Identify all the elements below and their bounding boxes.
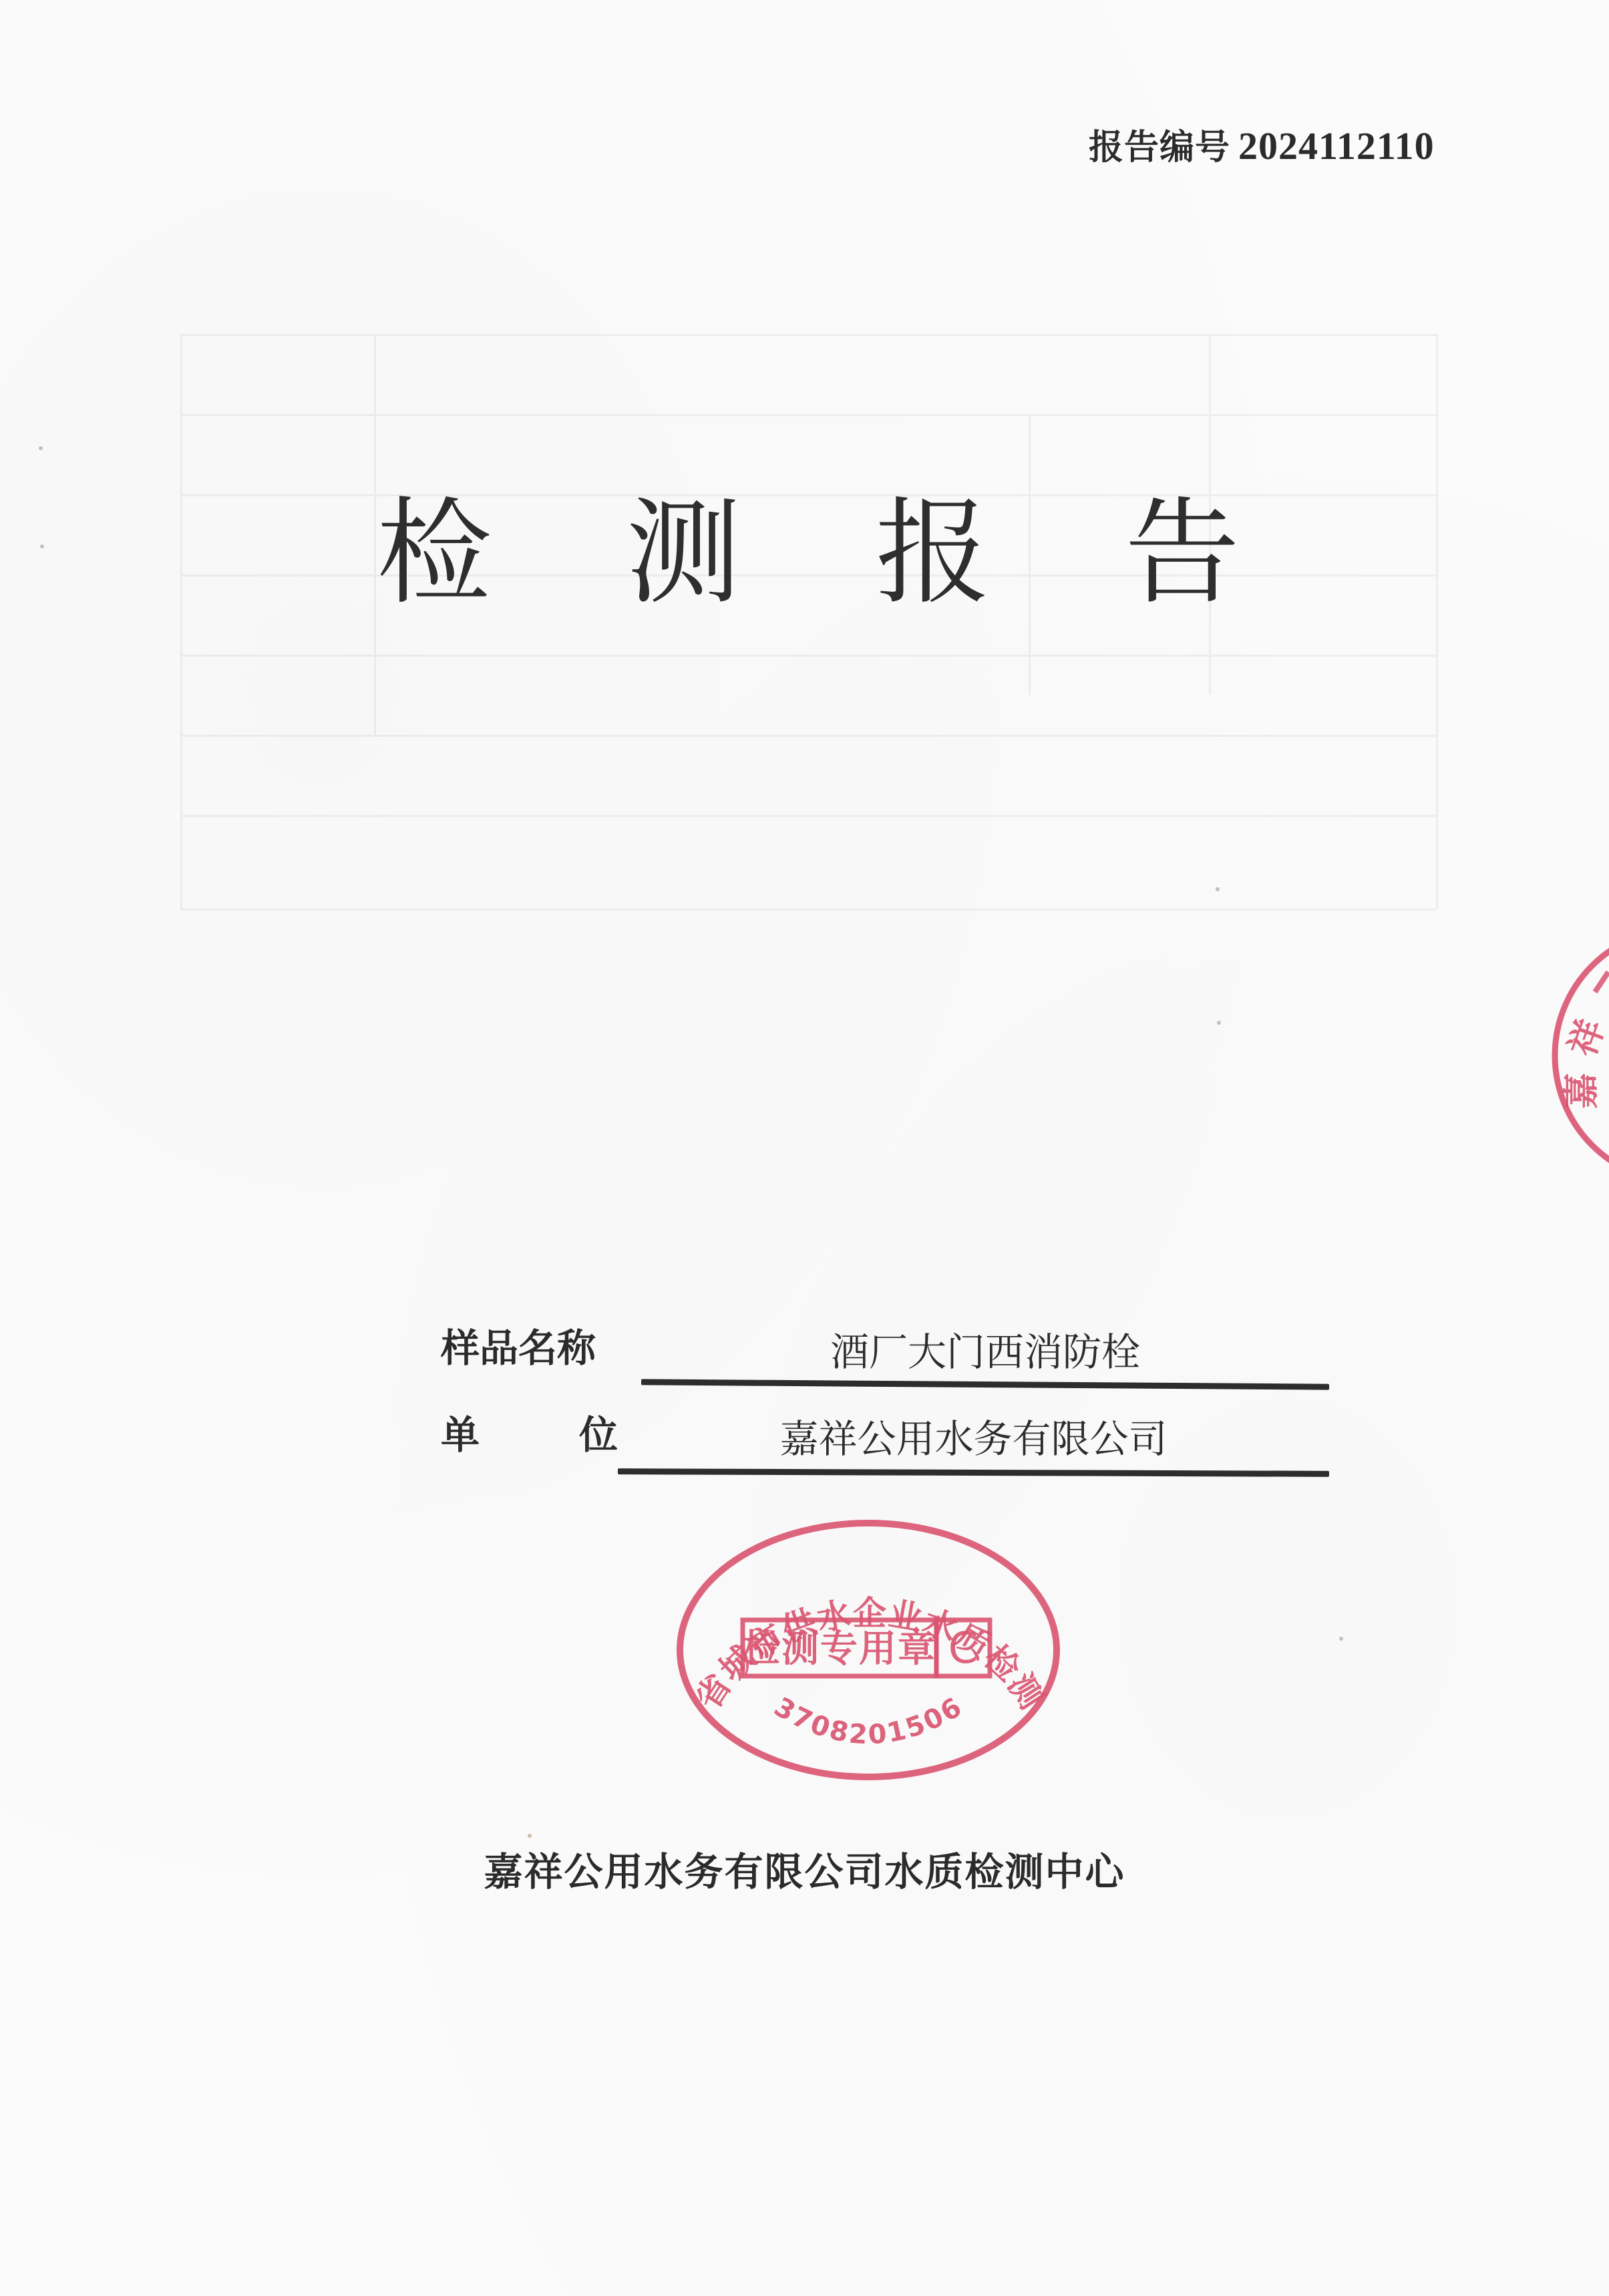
scan-speck [39,446,43,450]
scan-speck [1217,1021,1221,1025]
page-title: 检 测 报 告 [374,461,1242,626]
sample-name-label: 样品名称 [441,1317,596,1373]
title-char: 检 [374,461,494,626]
report-number: 报告编号2024112110 [1089,119,1435,169]
sample-name-value: 酒厂大门西消防栓 [641,1321,1329,1377]
seal-graphic: 山东省城市供水企业水质检测机构 检测专用章 C C37082015061 [668,1513,1069,1787]
scan-speck [528,1834,532,1838]
title-char: 测 [623,461,743,626]
edge-seal-char: 祥 [1561,1013,1609,1061]
report-cover-page: 报告编号2024112110 检 测 报 告 样品名称 酒厂大门西消防栓 单 位… [0,0,1609,2296]
unit-value: 嘉祥公用水务有限公司 [618,1408,1329,1464]
unit-label: 单 位 [441,1404,618,1460]
report-number-label: 报告编号 [1089,127,1230,168]
seal-arc-text: 山东省城市供水企业水质检测机构 [651,1482,1052,1716]
official-seal: 山东省城市供水企业水质检测机构 检测专用章 C C37082015061 [668,1513,1069,1787]
unit-label-char: 单 [441,1404,480,1460]
bleed-through-table [180,214,1436,1162]
scan-speck [1339,1637,1343,1641]
edge-seal-char: 嘉 [1560,1073,1602,1109]
issuer-name: 嘉祥公用水务有限公司水质检测中心 [0,1840,1609,1897]
edge-seal-graphic: 祥 嘉 [1548,922,1609,1189]
unit-underline [618,1468,1329,1477]
edge-seal: 祥 嘉 [1548,922,1609,1189]
seal-center-text: 检测专用章 [743,1627,936,1671]
scan-speck [1216,887,1220,891]
report-number-value: 2024112110 [1238,124,1435,168]
svg-text:山东省城市供水企业水质检测机构: 山东省城市供水企业水质检测机构 [651,1482,1052,1716]
title-char: 报 [873,461,993,626]
seal-center-letter: C [948,1624,978,1673]
sample-name-underline [641,1379,1329,1389]
title-char: 告 [1122,461,1242,626]
unit-label-char: 位 [579,1404,618,1460]
scan-speck [40,544,44,548]
